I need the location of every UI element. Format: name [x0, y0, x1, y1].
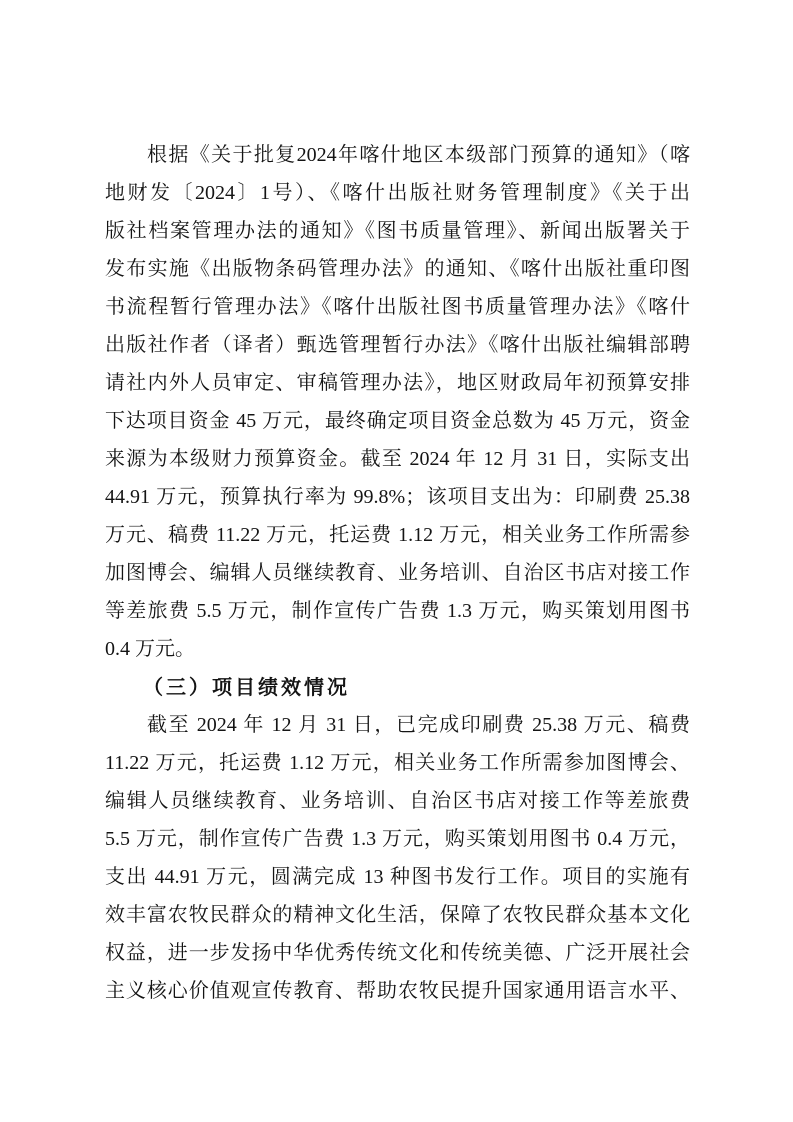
- paragraph-line: 权益，进一步发扬中华优秀传统文化和传统美德、广泛开展社会: [105, 934, 690, 972]
- paragraph-line: 发布实施《出版物条码管理办法》的通知、《喀什出版社重印图: [105, 250, 690, 288]
- paragraph-line: 11.22 万元，托运费 1.12 万元，相关业务工作所需参加图博会、: [105, 744, 690, 782]
- paragraph-line: 来源为本级财力预算资金。截至 2024 年 12 月 31 日，实际支出: [105, 440, 690, 478]
- budget-paragraph: 根据《关于批复2024年喀什地区本级部门预算的通知》（喀 地财发〔2024〕1号…: [105, 136, 690, 668]
- paragraph-line: 根据《关于批复2024年喀什地区本级部门预算的通知》（喀: [105, 136, 690, 174]
- paragraph-line: 加图博会、编辑人员继续教育、业务培训、自治区书店对接工作: [105, 554, 690, 592]
- document-page: 根据《关于批复2024年喀什地区本级部门预算的通知》（喀 地财发〔2024〕1号…: [0, 0, 793, 1122]
- paragraph-line: 截至 2024 年 12 月 31 日，已完成印刷费 25.38 万元、稿费: [105, 706, 690, 744]
- paragraph-line: 地财发〔2024〕1号）、《喀什出版社财务管理制度》《关于出: [105, 174, 690, 212]
- paragraph-line: 版社档案管理办法的通知》《图书质量管理》、新闻出版署关于: [105, 212, 690, 250]
- paragraph-line: 书流程暂行管理办法》《喀什出版社图书质量管理办法》《喀什: [105, 288, 690, 326]
- paragraph-line: 下达项目资金 45 万元，最终确定项目资金总数为 45 万元，资金: [105, 402, 690, 440]
- section-heading: （三）项目绩效情况: [105, 668, 690, 706]
- paragraph-line: 支出 44.91 万元，圆满完成 13 种图书发行工作。项目的实施有: [105, 858, 690, 896]
- paragraph-line: 主义核心价值观宣传教育、帮助农牧民提升国家通用语言水平、: [105, 972, 690, 1010]
- paragraph-line: 效丰富农牧民群众的精神文化生活，保障了农牧民群众基本文化: [105, 896, 690, 934]
- paragraph-line: 请社内外人员审定、审稿管理办法》，地区财政局年初预算安排: [105, 364, 690, 402]
- paragraph-line: 5.5 万元，制作宣传广告费 1.3 万元，购买策划用图书 0.4 万元，: [105, 820, 690, 858]
- page-content: 根据《关于批复2024年喀什地区本级部门预算的通知》（喀 地财发〔2024〕1号…: [105, 136, 690, 1010]
- paragraph-line: 等差旅费 5.5 万元，制作宣传广告费 1.3 万元，购买策划用图书: [105, 592, 690, 630]
- paragraph-line: 编辑人员继续教育、业务培训、自治区书店对接工作等差旅费: [105, 782, 690, 820]
- performance-paragraph: 截至 2024 年 12 月 31 日，已完成印刷费 25.38 万元、稿费 1…: [105, 706, 690, 1010]
- paragraph-line: 44.91 万元，预算执行率为 99.8%；该项目支出为：印刷费 25.38: [105, 478, 690, 516]
- paragraph-line: 出版社作者（译者）甄选管理暂行办法》《喀什出版社编辑部聘: [105, 326, 690, 364]
- paragraph-line: 万元、稿费 11.22 万元，托运费 1.12 万元，相关业务工作所需参: [105, 516, 690, 554]
- paragraph-line: 0.4 万元。: [105, 630, 690, 668]
